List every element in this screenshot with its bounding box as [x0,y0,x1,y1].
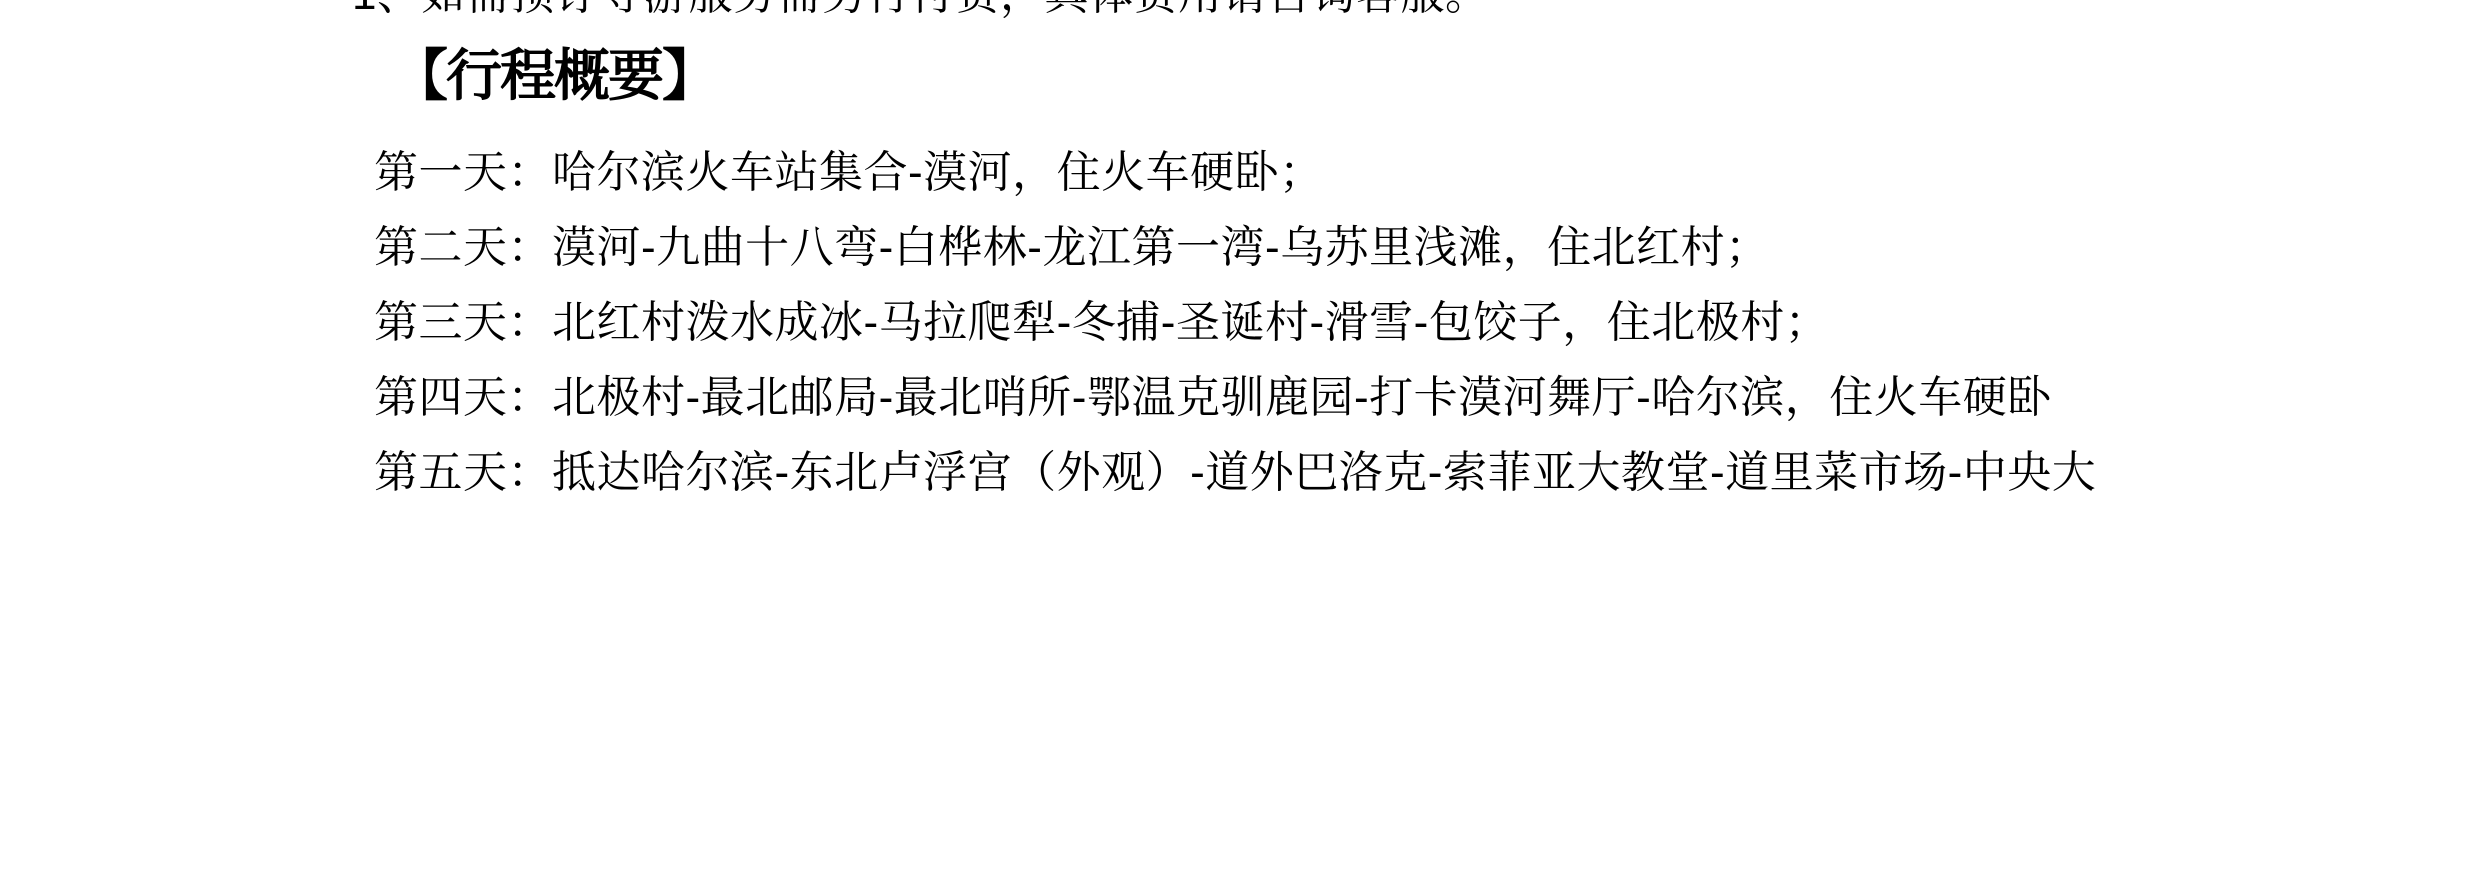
itinerary-document-page: 1、如需预订导游服务需另行付费，具体费用请咨询客服。 【行程概要】 第一天：哈尔… [0,0,2481,877]
itinerary-summary-heading: 【行程概要】 [392,44,716,108]
itinerary-day-3: 第三天：北红村泼水成冰-马拉爬犁-冬捕-圣诞村-滑雪-包饺子，住北极村； [374,285,2096,360]
clipped-service-fee-note: 1、如需预订导游服务需另行付费，具体费用请咨询客服。 [352,0,1489,17]
itinerary-day-5: 第五天：抵达哈尔滨-东北卢浮宫（外观）-道外巴洛克-索菲亚大教堂-道里菜市场-中… [374,435,2096,510]
itinerary-day-2: 第二天：漠河-九曲十八弯-白桦林-龙江第一湾-乌苏里浅滩，住北红村； [374,210,2096,285]
itinerary-day-1: 第一天：哈尔滨火车站集合-漠河，住火车硬卧； [374,135,2096,210]
itinerary-day-list: 第一天：哈尔滨火车站集合-漠河，住火车硬卧； 第二天：漠河-九曲十八弯-白桦林-… [374,135,2096,510]
itinerary-day-4: 第四天：北极村-最北邮局-最北哨所-鄂温克驯鹿园-打卡漠河舞厅-哈尔滨，住火车硬… [374,360,2096,435]
